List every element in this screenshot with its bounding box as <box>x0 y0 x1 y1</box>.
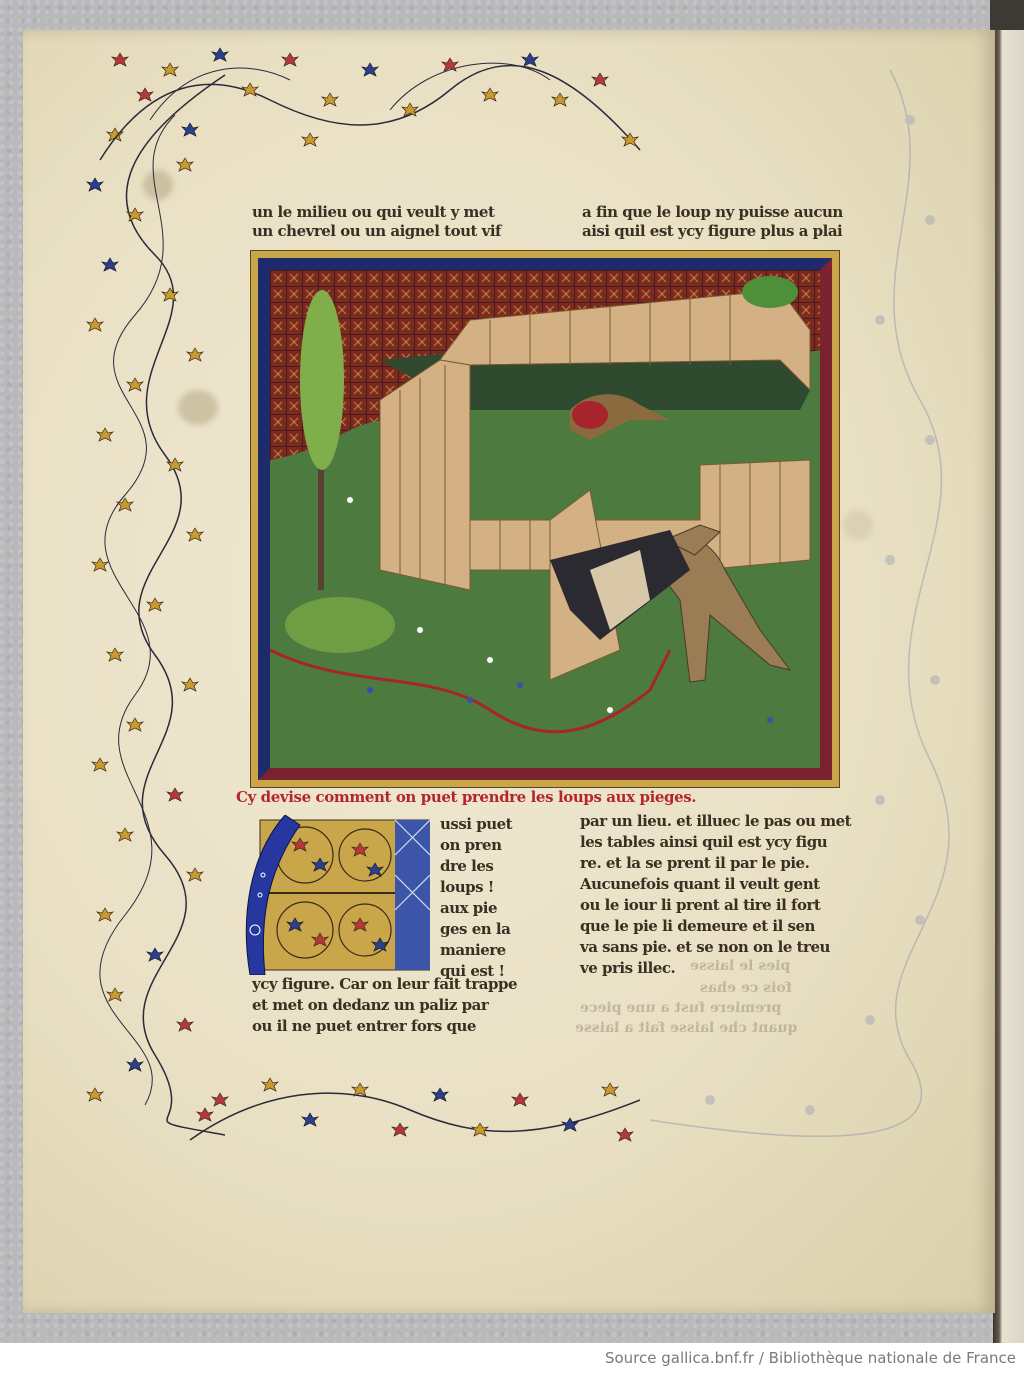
text-line: que le pie li demeure et il sen <box>580 917 851 938</box>
illuminated-initial <box>230 815 430 975</box>
text-line: ges en la <box>440 920 512 941</box>
text-line: loups ! <box>440 878 512 899</box>
text-line: ou le iour li prent al tire il fort <box>580 896 851 917</box>
rubric-heading: Cy devise comment on puet prendre les lo… <box>236 788 696 806</box>
left-column-narrow-text: ussi puet on pren dre les loups ! aux pi… <box>440 815 512 983</box>
top-text-left-column: un le milieu ou qui veult y met un chevr… <box>252 203 501 241</box>
text-line: par un lieu. et illuec le pas ou met <box>580 812 851 833</box>
miniature-scene <box>270 270 820 768</box>
text-line: Aucunefois quant il veult gent <box>580 875 851 896</box>
text-line: ou il ne puet entrer fors que <box>252 1017 517 1038</box>
show-through-text: fois ce ehas <box>700 980 792 996</box>
top-floral-border <box>90 40 650 190</box>
text-line: aux pie <box>440 899 512 920</box>
attribution-text: Source gallica.bnf.fr / Bibliothèque nat… <box>605 1349 1016 1367</box>
attribution-bar: Source gallica.bnf.fr / Bibliothèque nat… <box>0 1343 1024 1374</box>
text-line: va sans pie. et se non on le treu <box>580 938 851 959</box>
top-text-right-column: a fin que le loup ny puisse aucun aisi q… <box>582 203 843 241</box>
text-line: et met on dedanz un paliz par <box>252 996 517 1017</box>
text-line: aisi quil est ycy figure plus a plai <box>582 222 843 241</box>
book-binding-edge <box>993 30 1024 1343</box>
text-line: re. et la se prent il par le pie. <box>580 854 851 875</box>
show-through-text: pies le laisse <box>690 958 790 974</box>
text-line: dre les <box>440 857 512 878</box>
bottom-floral-border <box>180 1060 650 1160</box>
text-line: ycy figure. Car on leur fait trappe <box>252 975 517 996</box>
left-floral-border <box>75 55 240 1145</box>
wolf-trap-illustration <box>270 270 820 768</box>
right-column-text: par un lieu. et illuec le pas ou met les… <box>580 812 851 980</box>
text-line: un chevrel ou un aignel tout vif <box>252 222 501 241</box>
text-line: a fin que le loup ny puisse aucun <box>582 203 843 222</box>
left-column-wide-text: ycy figure. Car on leur fait trappe et m… <box>252 975 517 1038</box>
text-line: un le milieu ou qui veult y met <box>252 203 501 222</box>
text-line: ussi puet <box>440 815 512 836</box>
text-line: les tables ainsi quil est ycy figu <box>580 833 851 854</box>
miniature-frame <box>250 250 840 788</box>
show-through-text: premiere fust a une piece <box>580 1000 781 1016</box>
show-through-text: quant che laisse fait a laisse <box>575 1020 797 1036</box>
text-line: maniere <box>440 941 512 962</box>
text-line: on pren <box>440 836 512 857</box>
